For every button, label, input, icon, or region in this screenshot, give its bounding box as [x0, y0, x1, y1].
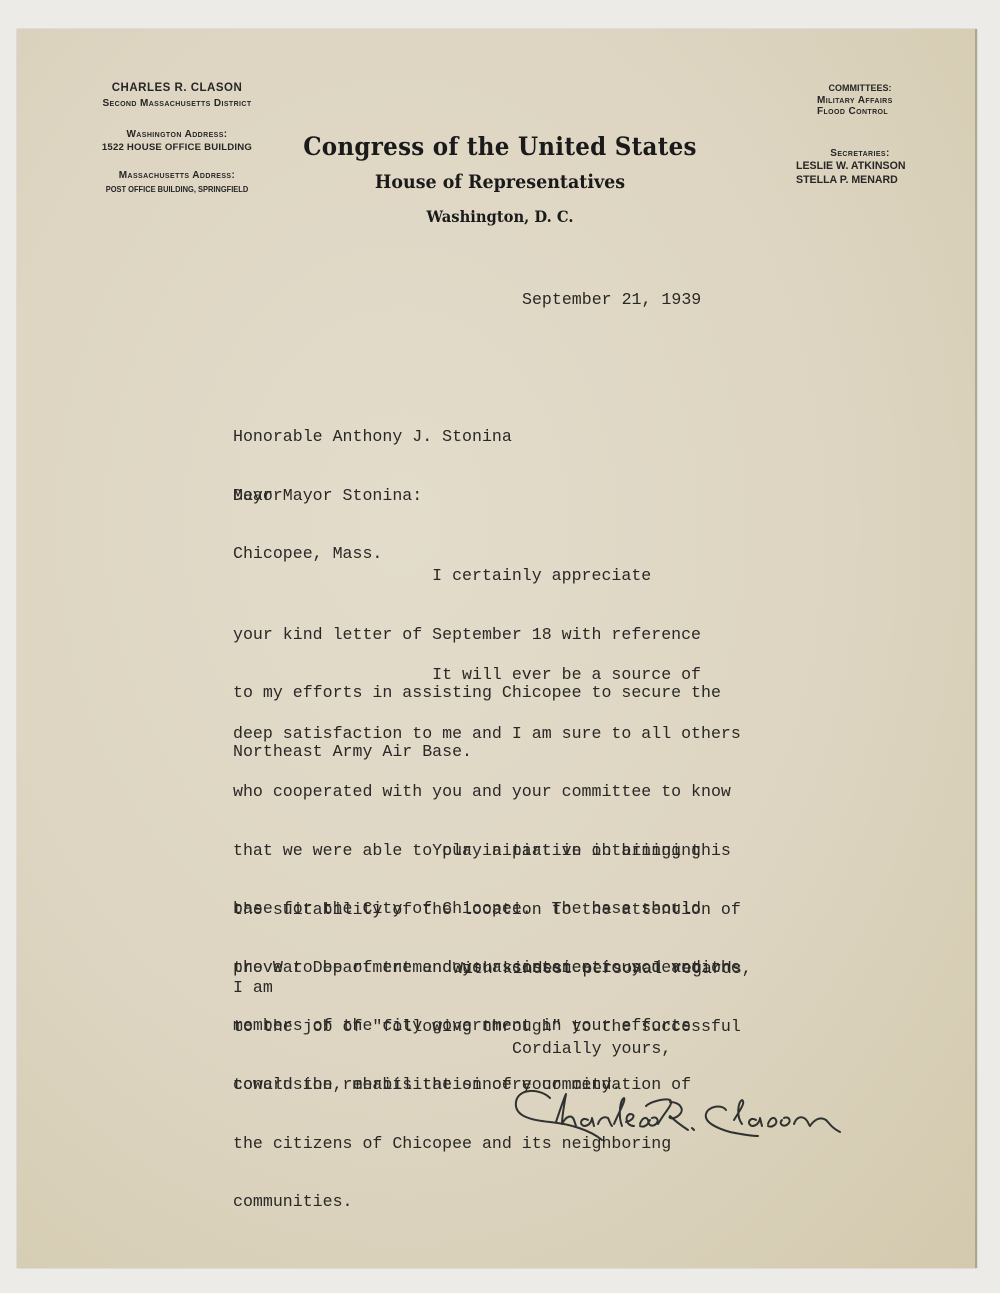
paragraph-line: communities.: [233, 1192, 741, 1212]
paragraph-line: the suitability of the location to the a…: [233, 900, 741, 920]
paragraph-3: Your initiative in bringing the suitabil…: [233, 802, 741, 1231]
regards-line: With kindest personal regards,: [453, 959, 752, 979]
i-am-line: I am: [233, 978, 273, 998]
letterhead-secretaries-label: Secretaries:: [790, 148, 930, 159]
paragraph-line: Your initiative in bringing: [233, 841, 741, 861]
letterhead-secretary-item: STELLA P. MENARD: [796, 174, 898, 186]
letterhead-committee-item: Military Affairs: [790, 95, 930, 106]
recipient-line: Honorable Anthony J. Stonina: [233, 427, 512, 447]
letterhead-location: Washington, D. C.: [40, 207, 960, 226]
paragraph-line: It will ever be a source of: [233, 665, 741, 685]
paragraph-line: I certainly appreciate: [233, 566, 721, 586]
letterhead-secretary-item: LESLIE W. ATKINSON: [796, 160, 905, 172]
letterhead-committee-item: Flood Control: [790, 106, 930, 117]
letterhead-district: Second Massachusetts District: [62, 98, 292, 109]
letter-date: September 21, 1939: [522, 290, 701, 310]
closing-line: Cordially yours,: [512, 1039, 671, 1059]
paragraph-line: deep satisfaction to me and I am sure to…: [233, 724, 741, 744]
signature: Charles R. Clason: [510, 1080, 950, 1150]
salutation: Dear Mayor Stonina:: [233, 486, 422, 506]
paragraph-line: to the job of "following through" to the…: [233, 1017, 741, 1037]
paragraph-line: who cooperated with you and your committ…: [233, 782, 741, 802]
letterhead-congressman-name: CHARLES R. CLASON: [62, 82, 292, 94]
letterhead-committees-label: COMMITTEES:: [790, 83, 930, 93]
